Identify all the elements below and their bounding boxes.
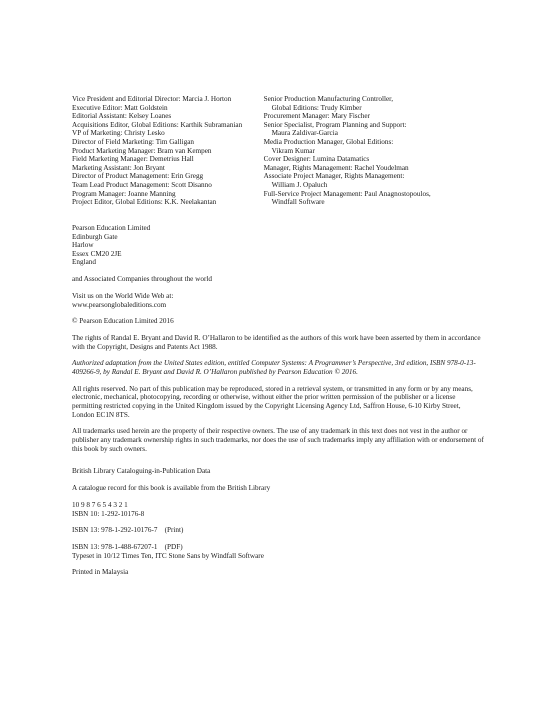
- copyright-notice: © Pearson Education Limited 2016: [72, 317, 484, 326]
- credits-left-column: Vice President and Editorial Director: M…: [72, 95, 264, 207]
- credit-line: Marketing Assistant: Jon Bryant: [72, 164, 264, 173]
- credit-line: Editorial Assistant: Kelsey Loanes: [72, 112, 264, 121]
- isbn-13-print: ISBN 13: 978-1-292-10176-7 (Print): [72, 526, 484, 535]
- website-url: www.pearsonglobaleditions.com: [72, 301, 484, 310]
- credit-line: Media Production Manager, Global Edition…: [264, 138, 482, 147]
- website-info: Visit us on the World Wide Web at: www.p…: [72, 292, 484, 309]
- credit-line: Team Lead Product Management: Scott Disa…: [72, 181, 264, 190]
- credit-line: Vice President and Editorial Director: M…: [72, 95, 264, 104]
- website-label: Visit us on the World Wide Web at:: [72, 292, 484, 301]
- address-line: Essex CM20 2JE: [72, 250, 484, 259]
- credit-line: Procurement Manager: Mary Fischer: [264, 112, 482, 121]
- address-line: Pearson Education Limited: [72, 224, 484, 233]
- address-line: Edinburgh Gate: [72, 233, 484, 242]
- credit-line: Senior Specialist, Program Planning and …: [264, 121, 482, 130]
- credit-line: Director of Field Marketing: Tim Galliga…: [72, 138, 264, 147]
- trademarks-notice: All trademarks used herein are the prope…: [72, 427, 484, 453]
- credit-line: Director of Product Management: Erin Gre…: [72, 172, 264, 181]
- credit-line: VP of Marketing: Christy Lesko: [72, 129, 264, 138]
- credit-line: Executive Editor: Matt Goldstein: [72, 104, 264, 113]
- address-line: England: [72, 258, 484, 267]
- printing-line: 10 9 8 7 6 5 4 3 2 1: [72, 501, 484, 510]
- copyright-page: Vice President and Editorial Director: M…: [0, 0, 556, 720]
- address-line: Harlow: [72, 241, 484, 250]
- credit-line-continued: Vikram Kumar: [264, 147, 482, 156]
- credit-line: Acquisitions Editor, Global Editions: Ka…: [72, 121, 264, 130]
- credit-line-continued: Global Editions: Trudy Kimber: [264, 104, 482, 113]
- credit-line: Program Manager: Joanne Manning: [72, 190, 264, 199]
- credit-line: Senior Production Manufacturing Controll…: [264, 95, 482, 104]
- printed-in: Printed in Malaysia: [72, 568, 484, 577]
- credit-line: Field Marketing Manager: Demetrius Hall: [72, 155, 264, 164]
- credit-line-continued: Windfall Software: [264, 198, 482, 207]
- credits-right-column: Senior Production Manufacturing Controll…: [264, 95, 482, 207]
- typeset-info: Typeset in 10/12 Times Ten, ITC Stone Sa…: [72, 552, 484, 561]
- credit-line: Full-Service Project Management: Paul An…: [264, 190, 482, 199]
- copyright-body: Pearson Education Limited Edinburgh Gate…: [72, 224, 484, 585]
- credit-line: Cover Designer: Lumina Datamatics: [264, 155, 482, 164]
- credit-line: Associate Project Manager, Rights Manage…: [264, 172, 482, 181]
- rights-reserved: All rights reserved. No part of this pub…: [72, 385, 484, 419]
- credit-line: Manager, Rights Management: Rachel Youde…: [264, 164, 482, 173]
- isbn-10: ISBN 10: 1-292-10176-8: [72, 510, 484, 519]
- catalogue-record: A catalogue record for this book is avai…: [72, 484, 484, 493]
- publisher-address: Pearson Education Limited Edinburgh Gate…: [72, 224, 484, 267]
- credit-line-continued: Maura Zaldivar-Garcia: [264, 129, 482, 138]
- isbn-13-pdf: ISBN 13: 978-1-488-67207-1 (PDF): [72, 543, 484, 552]
- credit-line: Product Marketing Manager: Bram van Kemp…: [72, 147, 264, 156]
- cip-data-heading: British Library Cataloguing-in-Publicati…: [72, 467, 484, 476]
- isbn-10-block: 10 9 8 7 6 5 4 3 2 1 ISBN 10: 1-292-1017…: [72, 501, 484, 518]
- associated-companies: and Associated Companies throughout the …: [72, 275, 484, 284]
- authorized-adaptation: Authorized adaptation from the United St…: [72, 359, 484, 376]
- credit-line: Project Editor, Global Editions: K.K. Ne…: [72, 198, 264, 207]
- authors-rights: The rights of Randal E. Bryant and David…: [72, 334, 484, 351]
- staff-credits: Vice President and Editorial Director: M…: [72, 95, 482, 207]
- credit-line-continued: William J. Opaluch: [264, 181, 482, 190]
